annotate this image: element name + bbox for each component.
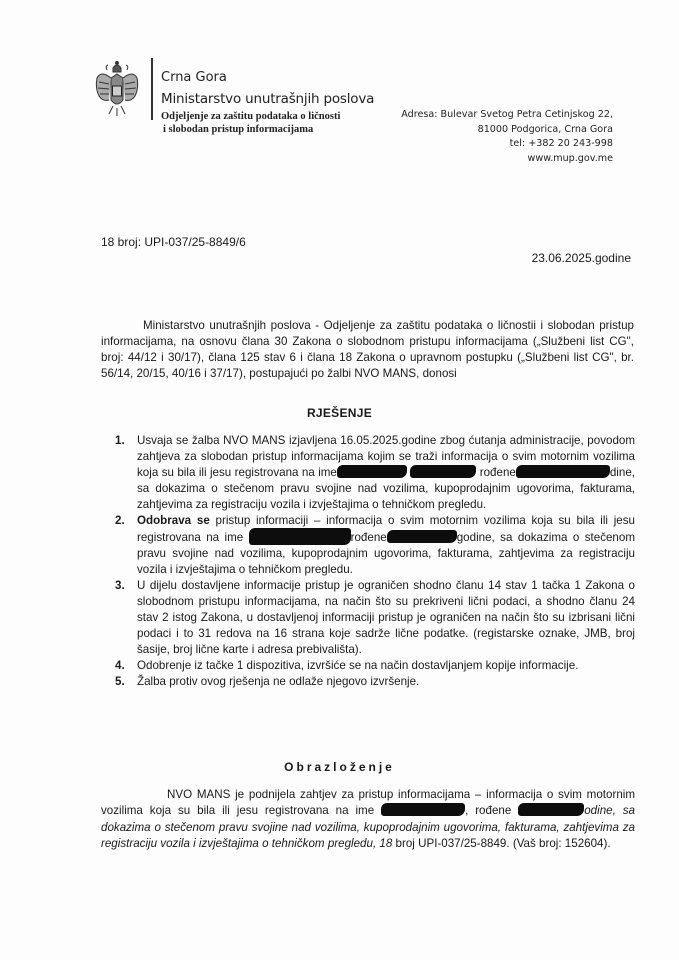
decision-item: 3. U dijelu dostavljene informacije pris…	[137, 578, 635, 658]
item-number: 5.	[115, 674, 125, 690]
item-bold-lead: Odobrava se	[137, 514, 210, 527]
department-line-1: Odjeljenje za zaštitu podataka o ličnost…	[161, 110, 340, 123]
address-street: Adresa: Bulevar Svetog Petra Cetinjskog …	[401, 108, 613, 123]
redaction-mark	[516, 465, 610, 478]
decision-item: 5. Žalba protiv ovog rješenja ne odlaže …	[137, 674, 635, 690]
reasoning-text: , rođene	[465, 804, 511, 817]
redaction-mark	[337, 465, 407, 478]
decision-title: RJEŠENJE	[0, 406, 679, 420]
item-number: 2.	[115, 513, 125, 529]
reasoning-paragraph: NVO MANS je podnijela zahtjev za pristup…	[101, 787, 635, 852]
decision-item: 1. Usvaja se žalba NVO MANS izjavljena 1…	[137, 433, 635, 513]
item-text: Odobrenje iz tačke 1 dispozitiva, izvrši…	[137, 659, 578, 672]
redaction-mark	[410, 465, 476, 478]
item-number: 4.	[115, 658, 125, 674]
item-text: U dijelu dostavljene informacije pristup…	[137, 579, 635, 656]
decision-items: 1. Usvaja se žalba NVO MANS izjavljena 1…	[137, 433, 635, 690]
department-line-2: i slobodan pristup informacijama	[161, 123, 340, 136]
reference-number: 18 broj: UPI-037/25-8849/6	[101, 235, 246, 249]
redaction-mark	[387, 530, 457, 543]
address-phone: tel: +382 20 243-998	[401, 137, 613, 152]
redaction-mark	[381, 803, 465, 816]
header-ministry: Ministarstvo unutrašnjih poslova	[161, 91, 374, 107]
address-website: www.mup.gov.me	[401, 152, 613, 167]
header-department: Odjeljenje za zaštitu podataka o ličnost…	[161, 110, 340, 136]
header-country: Crna Gora	[161, 70, 227, 85]
redaction-mark	[518, 803, 584, 816]
item-text: Žalba protiv ovog rješenja ne odlaže nje…	[137, 675, 419, 688]
reasoning-text-italic: pregledu, 18	[328, 837, 392, 850]
reasoning-title: Obrazloženje	[0, 760, 679, 774]
item-text: rođene	[351, 531, 387, 544]
document-date: 23.06.2025.godine	[532, 251, 631, 265]
decision-item: 4. Odobrenje iz tačke 1 dispozitiva, izv…	[137, 658, 635, 674]
item-number: 3.	[115, 578, 125, 594]
redaction-mark	[249, 528, 351, 545]
document-page: Crna Gora Ministarstvo unutrašnjih poslo…	[0, 0, 679, 960]
address-city: 81000 Podgorica, Crna Gora	[401, 123, 613, 138]
item-text: rođene	[480, 466, 516, 479]
header-divider	[151, 58, 153, 120]
intro-paragraph: Ministarstvo unutrašnjih poslova - Odjel…	[101, 318, 634, 382]
decision-item: 2. Odobrava se pristup informaciji – inf…	[137, 513, 635, 579]
montenegro-coat-of-arms-icon	[93, 60, 141, 118]
reasoning-text: broj UPI-037/25-8849. (Vaš broj: 152604)…	[396, 837, 611, 850]
item-number: 1.	[115, 433, 125, 449]
address-block: Adresa: Bulevar Svetog Petra Cetinjskog …	[401, 108, 613, 166]
